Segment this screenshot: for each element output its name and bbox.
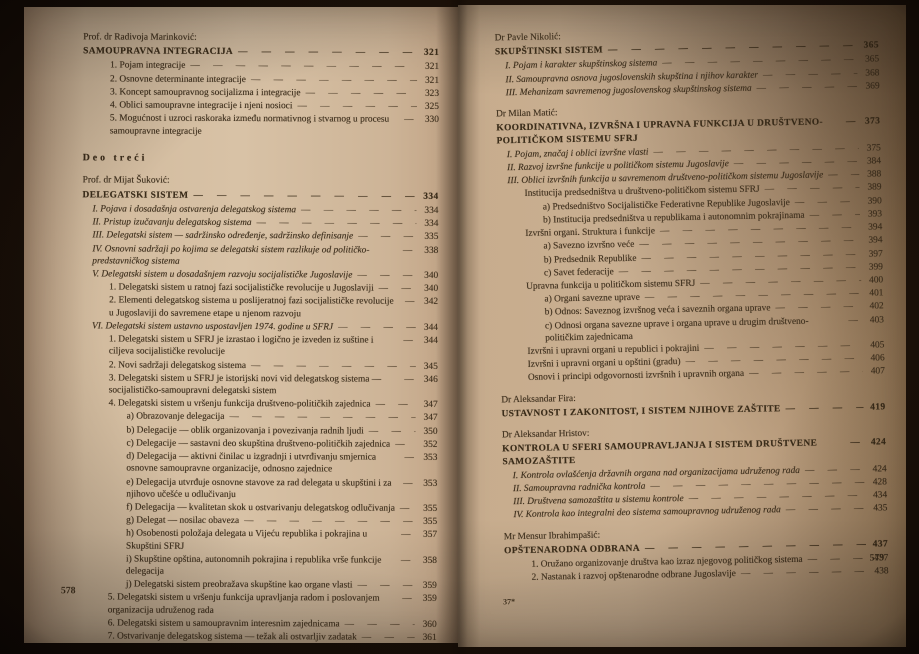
entry-page-number: 323	[417, 88, 439, 100]
entry-label: KONTROLA U SFERI SAMOUPRAVLJANJA I SISTE…	[502, 437, 846, 468]
toc-entry-row: 5. Delegatski sistem u vršenju funkcija …	[81, 592, 437, 618]
entry-page-number: 334	[416, 218, 438, 230]
entry-label: I. Pojam, značaj i oblici izvršne vlasti	[507, 146, 649, 161]
toc-entry-row: 1. Pojam integracije— — — — — — — — — — …	[83, 60, 439, 74]
entry-label: SKUPŠTINSKI SISTEM	[495, 45, 603, 59]
toc-entry-row: f) Delegacija — kvalitetan skok u ostvar…	[81, 501, 437, 515]
entry-page-number: 419	[863, 401, 885, 414]
toc-entry-row: 4. Oblici samoupravne integracije i njen…	[83, 99, 439, 113]
entry-page-number: 405	[862, 339, 884, 352]
left-page-surface: Prof. dr Radivoja Marinković:SAMOUPRAVNA…	[23, 6, 460, 644]
entry-page-number: 401	[861, 287, 883, 300]
dash-leader: — — — — — — — — — — — — — — — — — — — — …	[781, 402, 864, 416]
entry-page-number: 394	[860, 221, 882, 234]
right-page-number: 579	[869, 552, 884, 563]
entry-label: II. Samoupravna radnička kontrola	[513, 481, 646, 496]
dash-leader: — — — — — — — — — — — — — — — — — — — — …	[371, 399, 416, 411]
entry-label: 1. Pojam integracije	[110, 60, 185, 73]
entry-page-number: 334	[416, 205, 438, 217]
entry-page-number: 330	[417, 114, 439, 126]
entry-page-number: 434	[865, 489, 887, 502]
signature-mark: 37*	[503, 597, 515, 606]
entry-label: a) Obrazovanje delegacija	[127, 411, 225, 424]
toc-entry-row: 7. Ostvarivanje delegatskog sistema — te…	[81, 630, 437, 644]
dash-leader: — — — — — — — — — — — — — — — — — — — — …	[239, 515, 415, 528]
entry-page-number: 358	[415, 555, 437, 567]
entry-page-number: 346	[416, 374, 438, 386]
toc-entry-row: VI. Delegatski sistem ustavno uspostavlj…	[82, 320, 438, 334]
entry-label: V. Delegatski sistem u dosadašnjem razvo…	[92, 268, 352, 281]
entry-page-number: 397	[861, 248, 883, 261]
dash-leader: — — — — — — — — — — — — — — — — — — — — …	[744, 366, 863, 380]
entry-page-number: 424	[864, 437, 886, 450]
entry-page-number: 437	[866, 538, 888, 551]
entry-label: a) Organi savezne uprave	[544, 292, 640, 306]
entry-page-number: 428	[865, 476, 887, 489]
dash-leader: — — — — — — — — — — — — — — — — — — — — …	[758, 67, 858, 81]
toc-title-row: DELEGATSKI SISTEM— — — — — — — — — — — —…	[83, 189, 439, 203]
entry-label: b) Delegacije — oblik organizovanja i po…	[127, 424, 364, 437]
entry-page-number: 361	[415, 632, 437, 644]
dash-leader: — — — — — — — — — — — — — — — — — — — — …	[396, 555, 415, 567]
entry-label: III. Delegatski sistem — sadržinsko odre…	[92, 230, 353, 243]
entry-label: 3. Delegatski sistem u SFRJ je istorijsk…	[109, 372, 400, 398]
entry-label: 2. Osnovne determinante integracije	[110, 73, 246, 86]
entry-page-number: 388	[859, 169, 881, 182]
entry-page-number: 342	[416, 296, 438, 308]
dash-leader: — — — — — — — — — — — — — — — — — — — — …	[803, 553, 867, 566]
dash-leader: — — — — — — — — — — — — — — — — — — — — …	[185, 60, 417, 73]
entry-label: 7. Ostvarivanje delegatskog sistema — te…	[108, 631, 357, 644]
toc-entry-row: IV. Osnovni sadržaji po kojima se delega…	[82, 243, 438, 269]
dash-leader: — — — — — — — — — — — — — — — — — — — — …	[845, 437, 864, 450]
dash-leader: — — — — — — — — — — — — — — — — — — — — …	[841, 116, 859, 129]
left-page-number: 578	[61, 585, 76, 596]
dash-leader: — — — — — — — — — — — — — — — — — — — — …	[396, 529, 415, 541]
entry-page-number: 359	[415, 593, 437, 605]
dash-leader: — — — — — — — — — — — — — — — — — — — — …	[800, 463, 865, 476]
entry-page-number: 390	[860, 195, 882, 208]
entry-page-number: 375	[859, 142, 881, 155]
dash-leader: — — — — — — — — — — — — — — — — — — — — …	[399, 373, 416, 385]
dash-leader: — — — — — — — — — — — — — — — — — — — — …	[398, 244, 416, 256]
toc-entry-row: d) Delegacija — aktivni činilac u izgrad…	[81, 450, 437, 476]
dash-leader: — — — — — — — — — — — — — — — — — — — — …	[843, 314, 862, 327]
entry-label: j) Delegatski sistem preobražava skupšti…	[126, 579, 353, 592]
entry-label: 2. Nastanak i razvoj opštenarodne odbran…	[531, 568, 736, 584]
entry-label: i) Skupštine opština, autonomnih pokraji…	[126, 553, 396, 579]
dash-leader: — — — — — — — — — — — — — — — — — — — — …	[398, 477, 415, 489]
toc-entry-row: 3. Delegatski sistem u SFRJ je istorijsk…	[82, 372, 438, 398]
entry-label: 4. Delegatski sistem u vršenju funkcija …	[109, 398, 371, 411]
entry-label: KOORDINATIVNA, IZVRŠNA I UPRAVNA FUNKCIJ…	[496, 116, 841, 147]
entry-label: II. Pristup izučavanju delegatskog siste…	[92, 216, 251, 229]
entry-label: 5. Delegatski sistem u vršenju funkcija …	[108, 592, 397, 618]
entry-page-number: 359	[415, 580, 437, 592]
entry-page-number: 407	[863, 366, 885, 379]
entry-page-number: 355	[415, 503, 437, 515]
toc-entry-row: c) Delegacije — sastavni deo skupština d…	[81, 437, 437, 451]
dash-leader: — — — — — — — — — — — — — — — — — — — — …	[292, 100, 417, 113]
dash-leader: — — — — — — — — — — — — — — — — — — — — …	[252, 217, 417, 230]
dash-leader: — — — — — — — — — — — — — — — — — — — — …	[399, 452, 415, 464]
toc-entry-row: h) Osobenosti položaja delegata u Vijeću…	[81, 528, 437, 554]
entry-label: a) Savezno izvršno veće	[543, 239, 634, 253]
toc-entry-row: I. Pojava i dosadašnja ostvarenja delega…	[82, 203, 438, 217]
right-toc: Dr Pavle Nikolić:SKUPŠTINSKI SISTEM— — —…	[452, 1, 910, 586]
entry-label: 1. Delegatski sistem u ratnoj fazi socij…	[109, 282, 374, 295]
entry-label: SAMOUPRAVNA INTEGRACIJA	[83, 46, 233, 59]
entry-page-number: 347	[416, 412, 438, 424]
entry-page-number: 352	[415, 439, 437, 451]
entry-label: Osnovi i principi odgovornosti izvršnih …	[528, 368, 744, 384]
dash-leader: — — — — — — — — — — — — — — — — — — — — …	[805, 209, 861, 222]
entry-page-number: 325	[417, 101, 439, 113]
dash-leader: — — — — — — — — — — — — — — — — — — — — …	[374, 283, 417, 295]
dash-leader: — — — — — — — — — — — — — — — — — — — — …	[301, 87, 417, 100]
toc-entry-row: 2. Osnovne determinante integracije— — —…	[83, 73, 439, 87]
entry-label: 3. Koncept samoupravnog socijalizma i in…	[110, 86, 301, 99]
dash-leader: — — — — — — — — — — — — — — — — — — — — …	[352, 580, 414, 592]
toc-entry-row: 1. Delegatski sistem u ratnoj fazi socij…	[82, 282, 438, 296]
entry-label: f) Delegacija — kvalitetan skok u ostvar…	[126, 501, 395, 514]
dash-leader: — — — — — — — — — — — — — — — — — — — — …	[397, 593, 415, 605]
entry-page-number: 399	[861, 261, 883, 274]
entry-page-number: 321	[417, 74, 439, 86]
entry-page-number: 368	[857, 67, 879, 80]
toc-entry-row: a) Obrazovanje delegacija— — — — — — — —…	[82, 411, 438, 425]
entry-page-number: 365	[857, 40, 879, 53]
dash-leader: — — — — — — — — — — — — — — — — — — — — …	[364, 425, 416, 437]
toc-entry-row: g) Delegat — nosilac obaveza— — — — — — …	[81, 514, 437, 528]
right-page-surface: Dr Pavle Nikolić:SKUPŠTINSKI SISTEM— — —…	[452, 1, 912, 651]
entry-page-number: 355	[415, 516, 437, 528]
entry-label: 6. Delegatski sistem u samoupravnim inte…	[108, 617, 340, 630]
entry-page-number: 335	[416, 231, 438, 243]
toc-entry-row: V. Delegatski sistem u dosadašnjem razvo…	[82, 268, 438, 282]
dash-leader: — — — — — — — — — — — — — — — — — — — — …	[781, 503, 866, 517]
entry-label: I. Pojava i dosadašnja ostvarenja delega…	[92, 203, 296, 216]
entry-page-number: 438	[866, 566, 888, 579]
entry-page-number: 403	[862, 314, 884, 327]
dash-leader: — — — — — — — — — — — — — — — — — — — — …	[357, 632, 415, 644]
entry-label: 1. Delegatski sistem u SFRJ je izrastao …	[109, 334, 399, 360]
entry-label: e) Delegacija utvrđuje osnovne stavove z…	[126, 476, 398, 502]
entry-page-number: 353	[415, 452, 437, 464]
entry-page-number: 360	[415, 619, 437, 631]
dash-leader: — — — — — — — — — — — — — — — — — — — — …	[736, 566, 867, 581]
entry-page-number: 369	[858, 80, 880, 93]
right-page: Dr Pavle Nikolić:SKUPŠTINSKI SISTEM— — —…	[458, 5, 906, 647]
entry-label: 2. Elementi delegatskog sistema u poslij…	[109, 295, 400, 321]
dash-leader: — — — — — — — — — — — — — — — — — — — — …	[770, 301, 861, 315]
entry-label: g) Delegat — nosilac obaveza	[126, 515, 239, 528]
entry-label: DELEGATSKI SISTEM	[83, 189, 189, 202]
toc-entry-row: 5. Mogućnost i uzroci raskoraka između n…	[83, 113, 439, 139]
dash-leader: — — — — — — — — — — — — — — — — — — — — …	[400, 296, 416, 308]
toc-entry-row: III. Delegatski sistem — sadržinsko odre…	[82, 230, 438, 244]
toc-entry-row: 4. Delegatski sistem u vršenju funkcija …	[82, 398, 438, 412]
entry-page-number: 365	[857, 54, 879, 67]
toc-entry-row: 1. Delegatski sistem u SFRJ je izrastao …	[82, 333, 438, 359]
toc-author: Prof. dr Radivoja Marinković:	[83, 31, 439, 45]
toc-entry-row: 3. Koncept samoupravnog socijalizma i in…	[83, 86, 439, 100]
entry-label: 2. Novi sadržaji delegatskog sistema	[109, 359, 246, 372]
dash-leader: — — — — — — — — — — — — — — — — — — — — …	[752, 81, 858, 95]
dash-leader: — — — — — — — — — — — — — — — — — — — — …	[390, 439, 415, 451]
entry-label: 4. Oblici samoupravne integracije i njen…	[110, 100, 293, 113]
toc-author: Prof. dr Mijat Šuković:	[83, 175, 439, 189]
dash-leader: — — — — — — — — — — — — — — — — — — — — …	[340, 618, 415, 631]
entry-label: h) Osobenosti položaja delegata u Vijeću…	[126, 528, 396, 554]
entry-page-number: 357	[415, 529, 437, 541]
entry-page-number: 344	[416, 322, 438, 334]
toc-entry-row: e) Delegacija utvrđuje osnovne stavove z…	[81, 476, 437, 502]
dash-leader: — — — — — — — — — — — — — — — — — — — — …	[188, 189, 416, 202]
dash-leader: — — — — — — — — — — — — — — — — — — — — …	[729, 156, 859, 171]
entry-page-number: 400	[861, 274, 883, 287]
entry-label: d) Delegacija — aktivni činilac u izgrad…	[126, 451, 399, 477]
toc-entry-row: i) Skupštine opština, autonomnih pokraji…	[81, 553, 437, 579]
entry-label: USTAVNOST I ZAKONITOST, I SISTEM NJIHOVE…	[501, 403, 780, 420]
entry-page-number: 345	[416, 360, 438, 372]
entry-page-number: 402	[862, 301, 884, 314]
dash-leader: — — — — — — — — — — — — — — — — — — — — …	[823, 169, 859, 182]
entry-page-number: 321	[417, 61, 439, 73]
entry-page-number: 389	[859, 182, 881, 195]
dash-leader: — — — — — — — — — — — — — — — — — — — — …	[296, 204, 417, 217]
toc-title-row: SAMOUPRAVNA INTEGRACIJA— — — — — — — — —…	[83, 46, 439, 60]
dash-leader: — — — — — — — — — — — — — — — — — — — — …	[760, 182, 860, 196]
entry-page-number: 347	[416, 399, 438, 411]
entry-page-number: 344	[416, 335, 438, 347]
entry-label: 5. Mogućnost i uzroci raskoraka između n…	[110, 113, 399, 139]
entry-page-number: 406	[863, 353, 885, 366]
toc-entry-row: 6. Delegatski sistem u samoupravnim inte…	[81, 617, 437, 631]
dash-leader: — — — — — — — — — — — — — — — — — — — — …	[233, 46, 417, 59]
dash-leader: — — — — — — — — — — — — — — — — — — — — …	[246, 360, 416, 373]
entry-page-number: 338	[416, 244, 438, 256]
entry-page-number: 350	[416, 425, 438, 437]
dash-leader: — — — — — — — — — — — — — — — — — — — — …	[353, 231, 416, 243]
dash-leader: — — — — — — — — — — — — — — — — — — — — …	[399, 114, 417, 126]
entry-page-number: 424	[865, 463, 887, 476]
dash-leader: — — — — — — — — — — — — — — — — — — — — …	[395, 503, 415, 515]
entry-page-number: 394	[860, 235, 882, 248]
left-page: Prof. dr Radivoja Marinković:SAMOUPRAVNA…	[24, 7, 458, 643]
toc-entry-row: b) Delegacije — oblik organizovanja i po…	[82, 424, 438, 438]
entry-label: b) Predsednik Republike	[544, 252, 637, 266]
entry-page-number: 353	[415, 477, 437, 489]
toc-entry-row: II. Pristup izučavanju delegatskog siste…	[82, 216, 438, 230]
dash-leader: — — — — — — — — — — — — — — — — — — — — …	[352, 270, 416, 282]
toc-entry-row: 2. Elementi delegatskog sistema u poslij…	[82, 295, 438, 321]
entry-page-number: 321	[417, 47, 439, 59]
entry-page-number: 384	[859, 155, 881, 168]
dash-leader: — — — — — — — — — — — — — — — — — — — — …	[398, 335, 416, 347]
entry-label: VI. Delegatski sistem ustavno uspostavlj…	[92, 320, 333, 333]
dash-leader: — — — — — — — — — — — — — — — — — — — — …	[790, 195, 860, 208]
toc-entry-row: j) Delegatski sistem preobražava skupšti…	[81, 579, 437, 593]
toc-entry-row: 2. Novi sadržaji delegatskog sistema— — …	[82, 359, 438, 373]
dash-leader: — — — — — — — — — — — — — — — — — — — — …	[246, 74, 417, 87]
entry-page-number: 435	[865, 503, 887, 516]
entry-label: IV. Osnovni sadržaji po kojima se delega…	[92, 243, 398, 269]
part-heading: Deo treći	[83, 152, 439, 166]
entry-label: Izvršni organi. Struktura i funkcije	[525, 226, 655, 241]
entry-label: c) Savet federacije	[544, 266, 614, 279]
entry-page-number: 340	[416, 283, 438, 295]
entry-page-number: 373	[858, 116, 880, 129]
entry-page-number: 340	[416, 270, 438, 282]
entry-label: c) Delegacije — sastavni deo skupština d…	[126, 437, 390, 450]
entry-label: OPŠTENARODNA ODBRANA	[504, 543, 640, 558]
dash-leader: — — — — — — — — — — — — — — — — — — — — …	[224, 411, 415, 424]
entry-page-number: 334	[417, 190, 439, 202]
dash-leader: — — — — — — — — — — — — — — — — — — — — …	[333, 321, 416, 334]
entry-page-number: 393	[860, 208, 882, 221]
book-photo: Prof. dr Radivoja Marinković:SAMOUPRAVNA…	[0, 0, 919, 654]
left-toc: Prof. dr Radivoja Marinković:SAMOUPRAVNA…	[23, 6, 460, 644]
